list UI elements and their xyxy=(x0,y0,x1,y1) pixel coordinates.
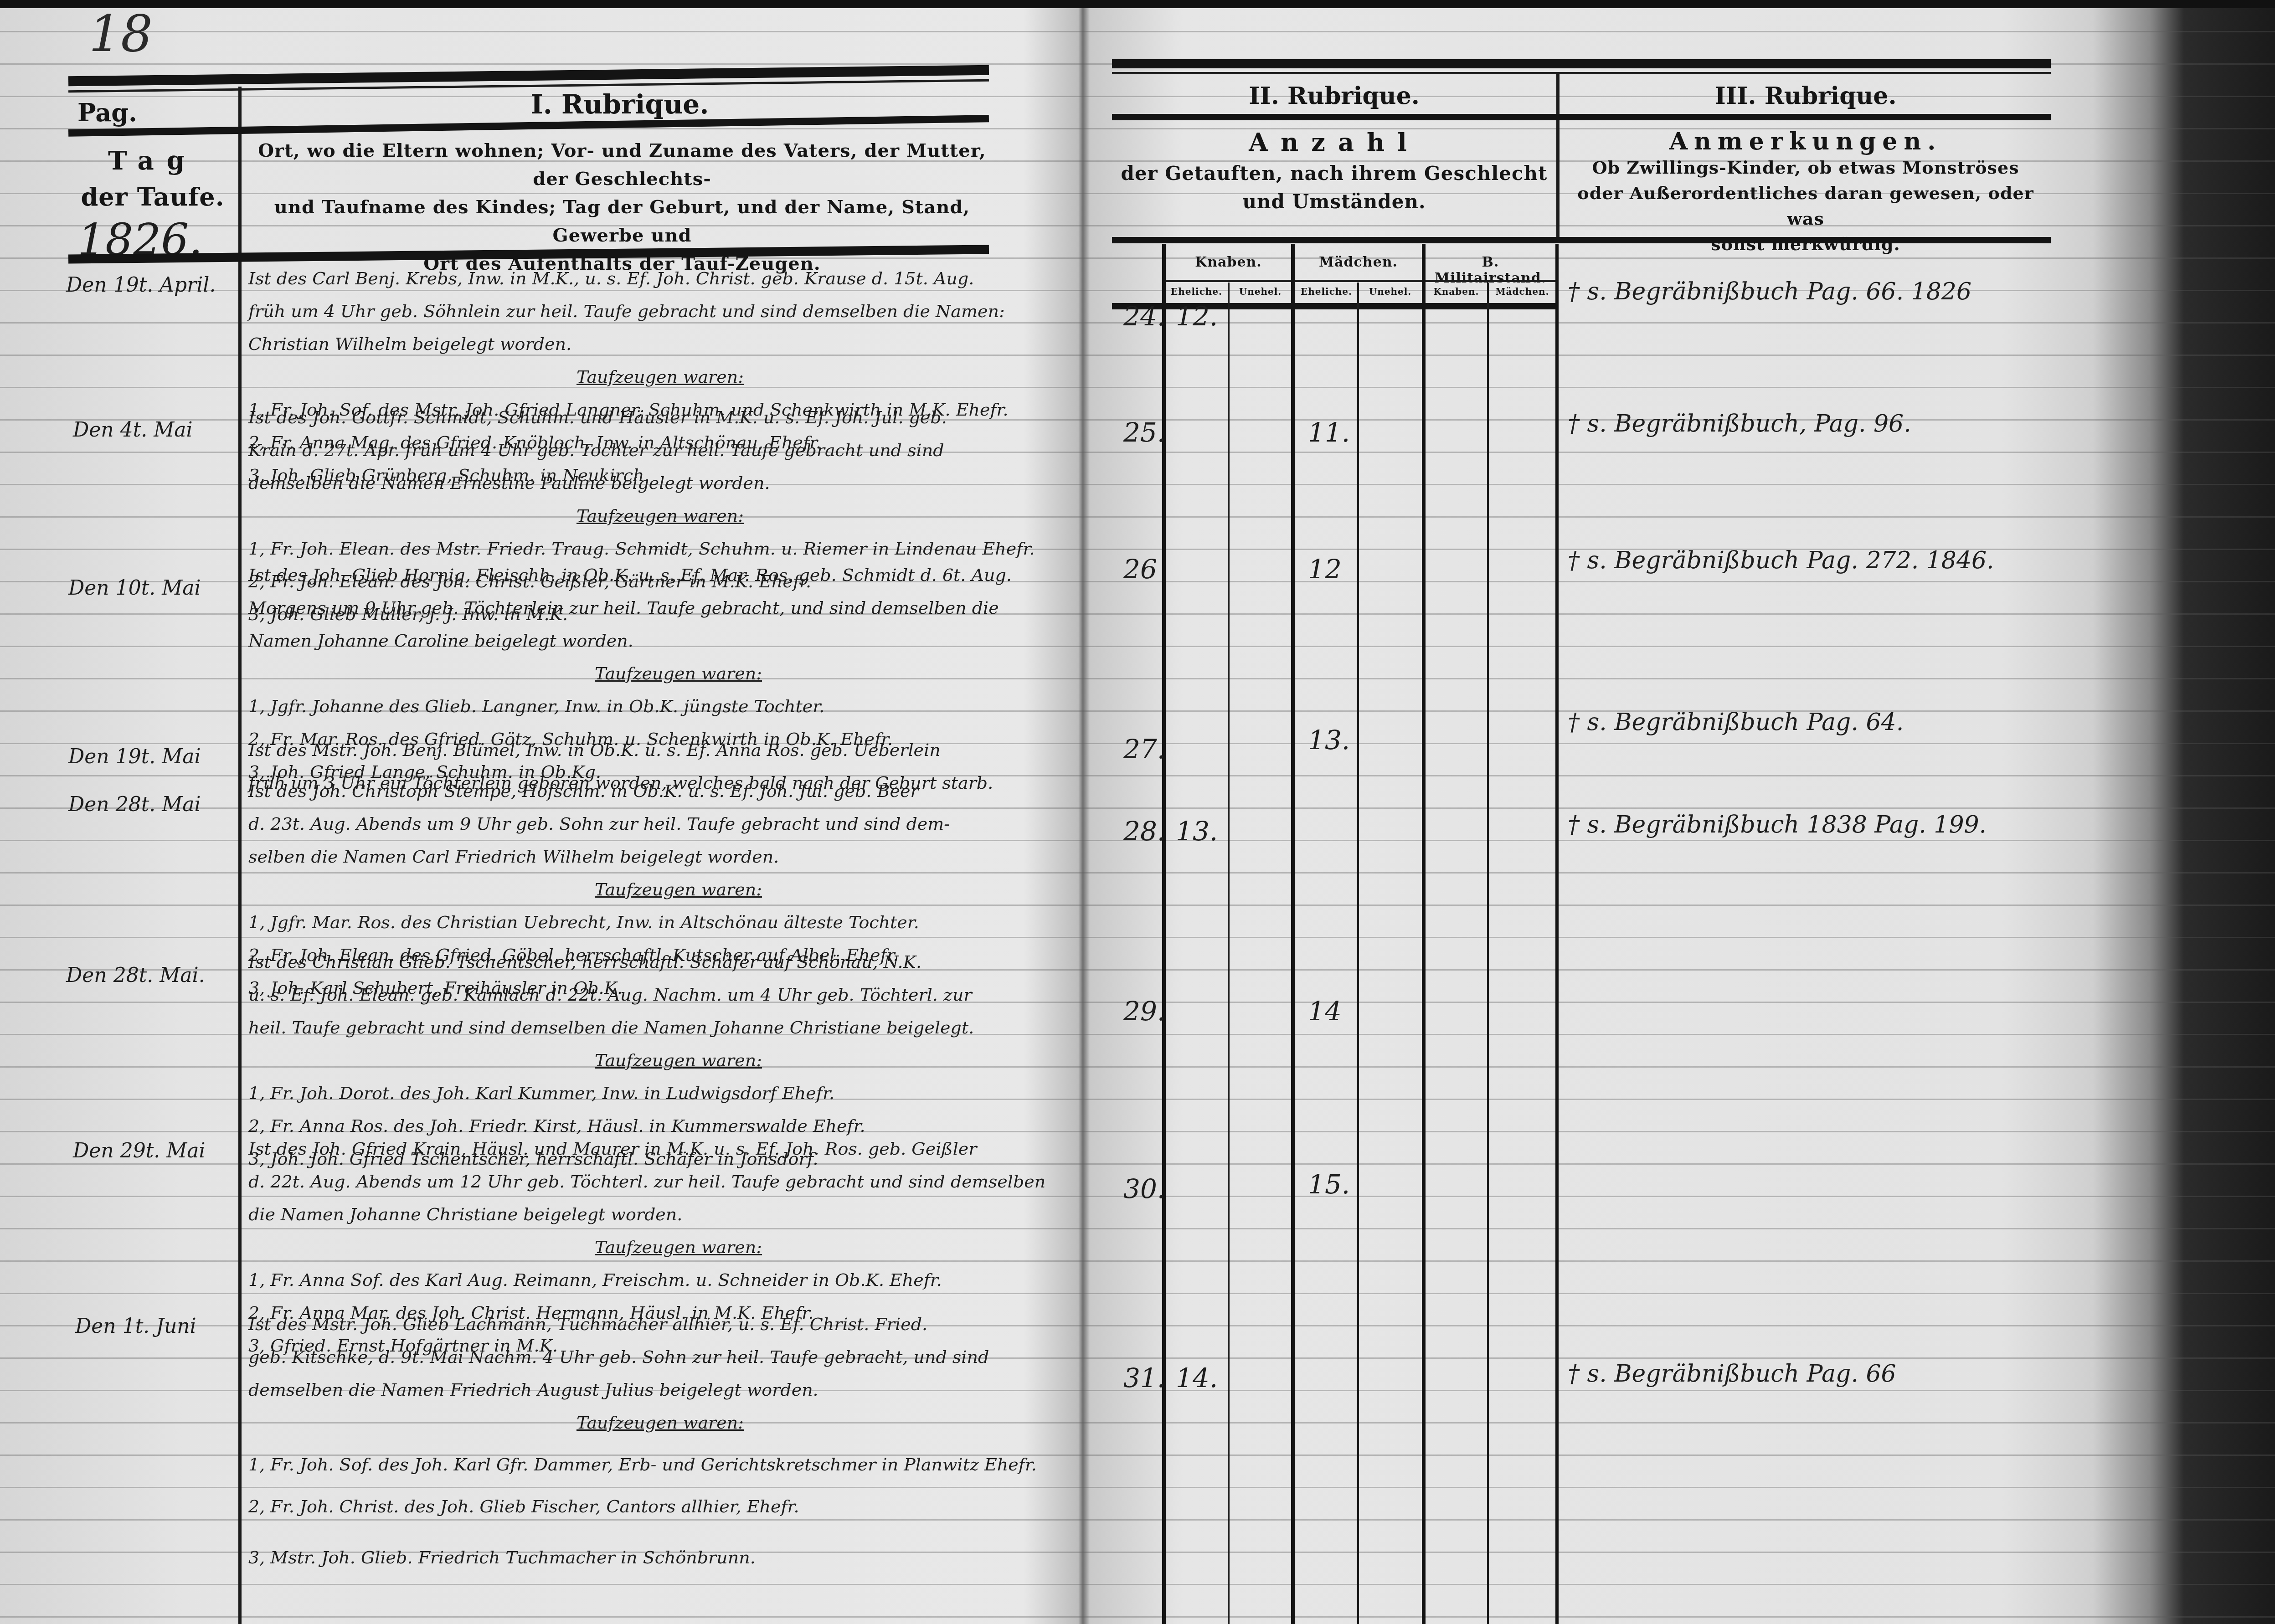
entry-line: d. 22t. Aug. Abends um 12 Uhr geb. Töcht… xyxy=(248,1165,1045,1198)
remark: † s. Begräbnißbuch Pag. 66 xyxy=(1568,1360,1896,1388)
entry-line: Ist des Mstr. Joh. Benj. Blümel, Inw. in… xyxy=(248,734,993,766)
entry-line: selben die Namen Carl Friedrich Wilhelm … xyxy=(248,840,950,873)
entry-line: Krain d. 27t. Apr. früh um 4 Uhr geb. To… xyxy=(248,434,1035,467)
witness-line: 1, Fr. Anna Sof. des Karl Aug. Reimann, … xyxy=(248,1264,1045,1296)
col-knaben: Knaben. xyxy=(1166,254,1291,270)
entry-line: Ist des Joh. Christoph Stempe, Hofschm. … xyxy=(248,775,950,807)
entry-line: heil. Taufe gebracht und sind demselben … xyxy=(248,1011,974,1044)
entry-date: Den 10t. Mai xyxy=(68,576,201,600)
witness-heading: Taufzeugen waren: xyxy=(248,1044,974,1077)
entry-line: früh um 4 Uhr geb. Söhnlein zur heil. Ta… xyxy=(248,295,1009,328)
row-number: 28. xyxy=(1123,816,1165,847)
remark: † s. Begräbnißbuch Pag. 272. 1846. xyxy=(1568,547,1994,574)
witness-heading: Taufzeugen waren: xyxy=(248,657,1012,690)
remark: † s. Begräbnißbuch Pag. 66. 1826 xyxy=(1568,278,1971,305)
right-page: II. Rubrique. III. Rubrique. Anzahl der … xyxy=(1085,0,2192,1624)
entry-line: d. 23t. Aug. Abends um 9 Uhr geb. Sohn z… xyxy=(248,807,950,840)
description-line: sonst merkwürdig. xyxy=(1560,231,2052,257)
row-number: 30. xyxy=(1123,1173,1165,1204)
entry-date: Den 1t. Juni xyxy=(75,1315,196,1338)
description-line: und Umständen. xyxy=(1112,188,1556,216)
der-taufe-label: der Taufe. xyxy=(68,182,237,211)
description-line: oder Außerordentliches daran gewesen, od… xyxy=(1560,180,2052,231)
tag-label: Tag xyxy=(68,146,237,176)
entry-line: Ist des Mstr. Joh. Glieb Lachmann, Tuchm… xyxy=(248,1308,1037,1341)
pag-label: Pag. xyxy=(68,98,242,127)
entry-line: geb. Kitschke, d. 9t. Mai Nachm. 4 Uhr g… xyxy=(248,1341,1037,1373)
count-knaben-ehelich: 13. xyxy=(1176,816,1218,847)
witness-line: 1, Fr. Joh. Dorot. des Joh. Karl Kummer,… xyxy=(248,1077,974,1110)
witness-heading: Taufzeugen waren: xyxy=(248,499,1035,532)
rubrique-2-title: II. Rubrique. xyxy=(1112,82,1556,110)
header-top-rule-thin xyxy=(1112,72,2051,74)
entry-date: Den 28t. Mai. xyxy=(66,964,205,987)
witness-heading: Taufzeugen waren: xyxy=(248,1406,1037,1439)
count-maedchen-ehelich: 13. xyxy=(1308,725,1350,755)
table-vline xyxy=(1162,244,1166,1624)
col-knaben-unehel: Unehel. xyxy=(1230,286,1291,297)
entry-line: u. s. Ef. Joh. Elean. geb. Kamlach d. 22… xyxy=(248,978,974,1011)
entry-line: die Namen Johanne Christiane beigelegt w… xyxy=(248,1198,1045,1231)
col-mil-maedchen: Mädchen. xyxy=(1489,286,1555,297)
description-line: und Taufname des Kindes; Tag der Geburt,… xyxy=(248,193,996,250)
entry-line: Ist des Joh. Glieb Hornig, Fleischh. in … xyxy=(248,559,1012,591)
rubrique-3-title: III. Rubrique. xyxy=(1560,82,2052,110)
count-maedchen-ehelich: 11. xyxy=(1308,417,1350,448)
table-header-top-rule xyxy=(1112,237,2051,243)
entry-line: Namen Johanne Caroline beigelegt worden. xyxy=(248,624,1012,657)
count-knaben-ehelich: 12. xyxy=(1176,301,1218,332)
table-vline xyxy=(1228,283,1230,1624)
page-number: 18 xyxy=(89,5,153,63)
entry-line: Morgens um 9 Uhr geb. Töchterlein zur he… xyxy=(248,591,1012,624)
rubrique-2-description: der Getauften, nach ihrem Geschlecht und… xyxy=(1112,159,1556,216)
col-maedchen-ehelich: Eheliche. xyxy=(1296,286,1357,297)
witness-line: 1, Jgfr. Mar. Ros. des Christian Uebrech… xyxy=(248,906,950,939)
witness-line: 1, Jgfr. Johanne des Glieb. Langner, Inw… xyxy=(248,690,1012,723)
header-top-rule xyxy=(1112,59,2051,68)
table-vline xyxy=(1422,244,1426,1624)
table-vline xyxy=(1555,244,1559,1624)
witness-heading: Taufzeugen waren: xyxy=(248,873,950,906)
table-vline xyxy=(1487,283,1489,1624)
col-maedchen-unehel: Unehel. xyxy=(1359,286,1421,297)
witness-line: 2, Fr. Joh. Christ. des Joh. Glieb Fisch… xyxy=(248,1490,1037,1523)
description-line: Ob Zwillings-Kinder, ob etwas Monströses xyxy=(1560,155,2052,180)
rubrique-divider xyxy=(1556,73,1560,242)
count-knaben-ehelich: 14. xyxy=(1176,1362,1218,1393)
witness-line: 3, Mstr. Joh. Glieb. Friedrich Tuchmache… xyxy=(248,1541,1037,1574)
entry-line: Christian Wilhelm beigelegt worden. xyxy=(248,328,1009,360)
row-number: 31. xyxy=(1123,1362,1165,1393)
col-mil-knaben: Knaben. xyxy=(1426,286,1487,297)
entry-body: Ist des Mstr. Joh. Glieb Lachmann, Tuchm… xyxy=(248,1308,1037,1574)
column-divider xyxy=(238,87,242,1624)
entry-date: Den 4t. Mai xyxy=(73,418,193,442)
row-number: 25. xyxy=(1123,417,1165,448)
description-line: der Getauften, nach ihrem Geschlecht xyxy=(1112,159,1556,188)
col-knaben-ehelich: Eheliche. xyxy=(1166,286,1227,297)
subheader-rule xyxy=(1166,280,1555,282)
entry-date: Den 28t. Mai xyxy=(68,793,201,816)
count-maedchen-ehelich: 15. xyxy=(1308,1169,1350,1200)
row-number: 29. xyxy=(1123,996,1165,1027)
row-number: 24. xyxy=(1123,301,1165,332)
entry-line: demselben die Namen Ernestine Pauline be… xyxy=(248,467,1035,499)
table-vline xyxy=(1291,244,1295,1624)
entry-line: Ist des Joh. Gottfr. Schmidt, Schuhm. un… xyxy=(248,401,1035,434)
entry-line: Ist des Carl Benj. Krebs, Inw. in M.K., … xyxy=(248,262,1009,295)
entry-date: Den 29t. Mai xyxy=(73,1139,206,1162)
table-vline xyxy=(1357,283,1359,1624)
count-maedchen-ehelich: 12 xyxy=(1308,554,1342,585)
left-page: 18 Pag. I. Rubrique. Tag der Taufe. 1826… xyxy=(0,0,1080,1624)
witness-line: 1, Fr. Joh. Sof. des Joh. Karl Gfr. Damm… xyxy=(248,1448,1037,1481)
description-line: Ort, wo die Eltern wohnen; Vor- und Zuna… xyxy=(248,137,996,193)
remark: † s. Begräbnißbuch, Pag. 96. xyxy=(1568,410,1911,437)
entry-date: Den 19t. Mai xyxy=(68,745,201,768)
col-maedchen: Mädchen. xyxy=(1296,254,1421,270)
rubrique-1-title: I. Rubrique. xyxy=(246,89,993,120)
witness-heading: Taufzeugen waren: xyxy=(248,360,1009,393)
count-maedchen-ehelich: 14 xyxy=(1308,996,1342,1027)
remark: † s. Begräbnißbuch 1838 Pag. 199. xyxy=(1568,811,1987,838)
witness-heading: Taufzeugen waren: xyxy=(248,1231,1045,1264)
header-middle-rule xyxy=(1112,114,2051,120)
remark: † s. Begräbnißbuch Pag. 64. xyxy=(1568,709,1904,736)
rubrique-2-heading: Anzahl xyxy=(1112,128,1556,157)
entry-line: Ist des Christian Glieb. Tschentscher, h… xyxy=(248,946,974,978)
row-number: 26 xyxy=(1123,554,1157,585)
entry-line: Ist des Joh. Gfried Krain, Häusl. und Ma… xyxy=(248,1132,1045,1165)
row-number: 27. xyxy=(1123,734,1165,765)
entry-line: demselben die Namen Friedrich August Jul… xyxy=(248,1373,1037,1406)
entry-date: Den 19t. April. xyxy=(66,273,216,297)
rubrique-3-heading: Anmerkungen. xyxy=(1560,128,2052,155)
